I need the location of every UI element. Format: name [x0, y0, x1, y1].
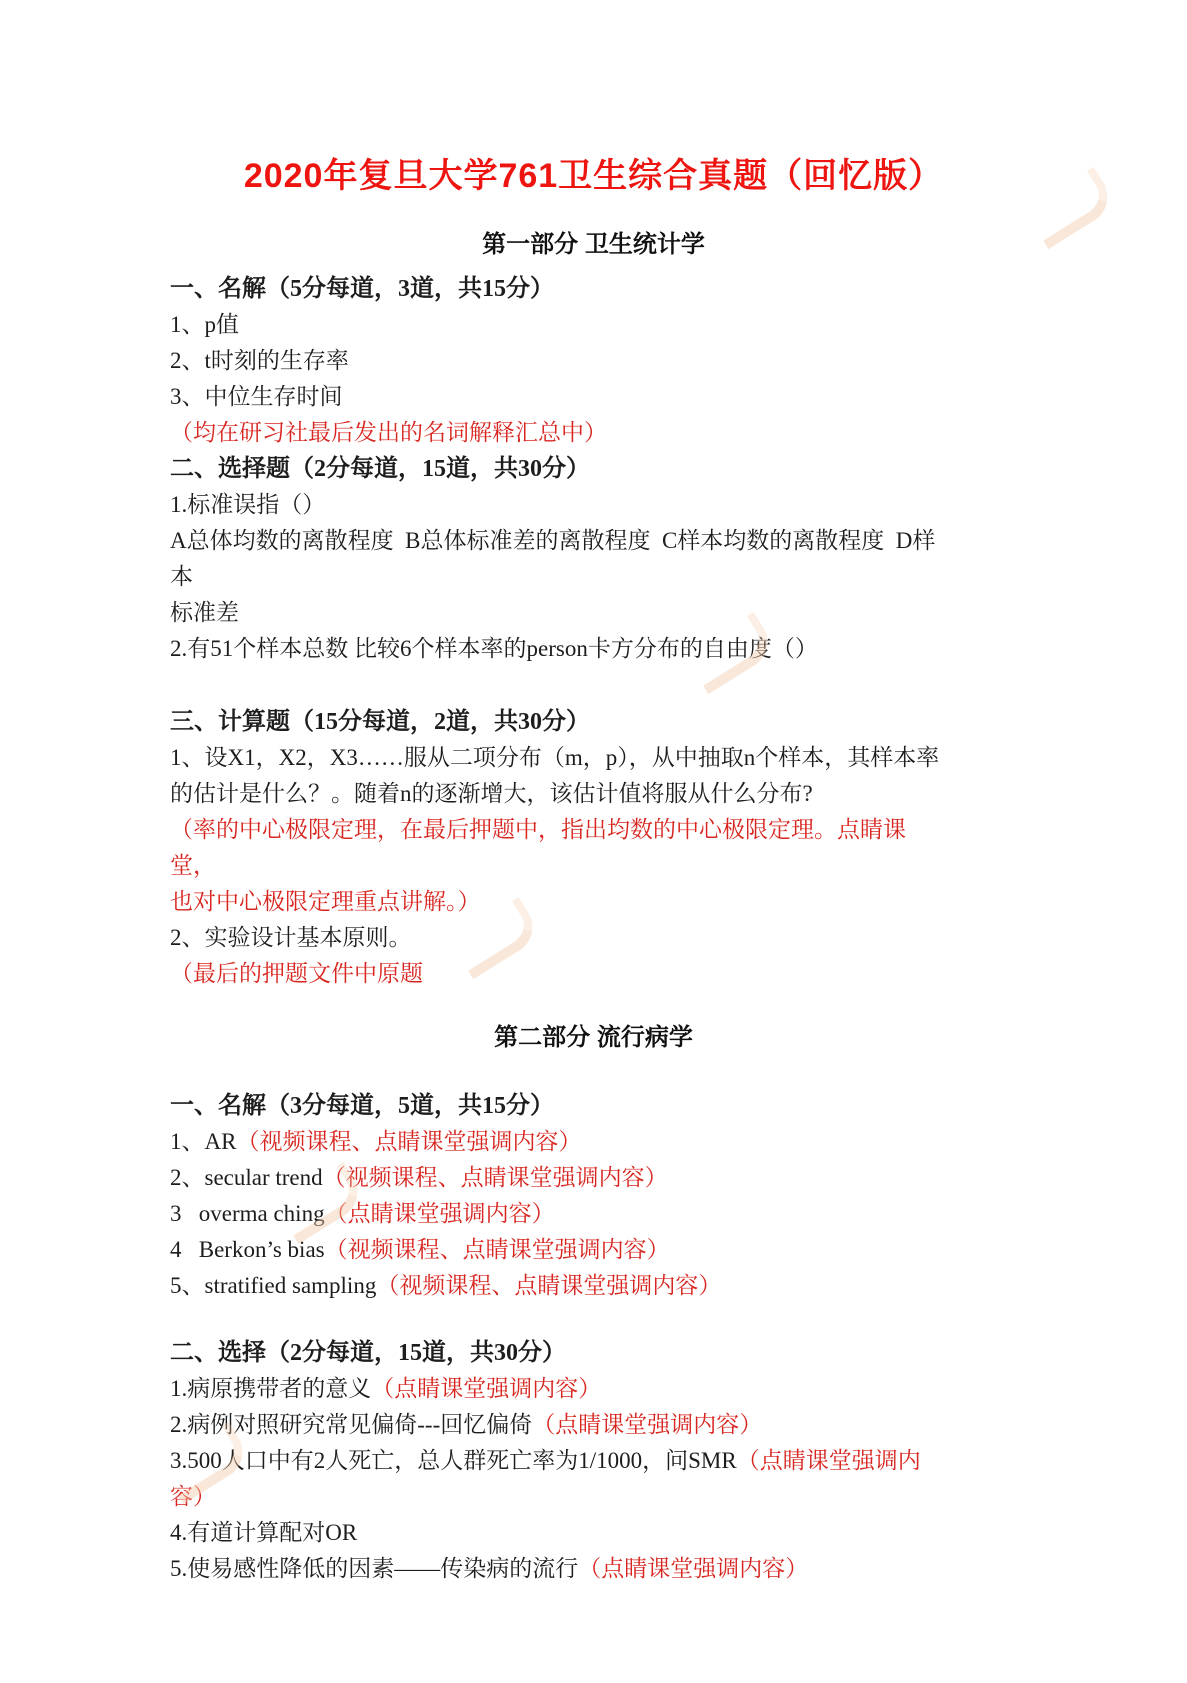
p2-sec1-term-4: 4 Berkon’s bias（视频课程、点睛课堂强调内容）	[170, 1232, 947, 1268]
term-text: 1、AR	[170, 1129, 236, 1154]
p2-sec2-question-5: 5.使易感性降低的因素——传染病的流行（点睛课堂强调内容）	[170, 1551, 947, 1587]
p1-sec3-q1-line1: 1、设X1，X2，X3……服从二项分布（m，p），从中抽取n个样本，其样本率	[170, 740, 947, 776]
question-annotation: （点睛课堂强调内容）	[532, 1412, 762, 1437]
p1-sec1-note: （均在研习社最后发出的名词解释汇总中）	[170, 415, 947, 451]
term-text: 4 Berkon’s bias	[170, 1237, 325, 1262]
p1-sec3-q1-note-line1: （率的中心极限定理，在最后押题中，指出均数的中心极限定理。点睛课堂，	[170, 812, 947, 884]
p1-sec1-term-1: 1、p值	[170, 307, 947, 343]
p2-sec2-question-3-cont: 容）	[170, 1479, 947, 1515]
p1-sec2-question-1: 1.标准误指（）	[170, 487, 947, 523]
p1-sec3-question-2: 2、实验设计基本原则。	[170, 920, 947, 956]
question-text: 2.病例对照研究常见偏倚---回忆偏倚	[170, 1412, 532, 1437]
p1-sec2-question-2: 2.有51个样本总数 比较6个样本率的person卡方分布的自由度（）	[170, 631, 947, 667]
term-text: 5、stratified sampling	[170, 1273, 376, 1298]
document-title: 2020年复旦大学761卫生综合真题（回忆版）	[0, 156, 1187, 196]
p2-sec2-heading: 二、选择（2分每道，15道，共30分）	[170, 1335, 947, 1371]
term-annotation: （视频课程、点睛课堂强调内容）	[323, 1165, 668, 1190]
p1-sec1-term-2: 2、t时刻的生存率	[170, 343, 947, 379]
p1-sec1-heading: 一、名解（5分每道，3道，共15分）	[170, 271, 947, 307]
p1-sec2-q1-options-cont: 标准差	[170, 595, 947, 631]
question-annotation: （点睛课堂强调内容）	[371, 1376, 601, 1401]
question-annotation: （点睛课堂强调内	[737, 1448, 921, 1473]
p2-sec2-question-3: 3.500人口中有2人死亡，总人群死亡率为1/1000，问SMR（点睛课堂强调内	[170, 1443, 947, 1479]
p2-sec1-term-5: 5、stratified sampling（视频课程、点睛课堂强调内容）	[170, 1268, 947, 1304]
term-text: 2、secular trend	[170, 1165, 323, 1190]
term-annotation: （视频课程、点睛课堂强调内容）	[236, 1129, 581, 1154]
p1-sec2-heading: 二、选择题（2分每道，15道，共30分）	[170, 451, 947, 487]
p2-sec1-term-2: 2、secular trend（视频课程、点睛课堂强调内容）	[170, 1160, 947, 1196]
p2-sec1-heading: 一、名解（3分每道，5道，共15分）	[170, 1088, 947, 1124]
part1-heading: 第一部分 卫生统计学	[0, 227, 1187, 263]
question-text: 3.500人口中有2人死亡，总人群死亡率为1/1000，问SMR	[170, 1448, 737, 1473]
term-annotation: （视频课程、点睛课堂强调内容）	[376, 1273, 721, 1298]
part2-heading: 第二部分 流行病学	[0, 1020, 1187, 1056]
p1-sec3-q2-note: （最后的押题文件中原题	[170, 956, 947, 992]
p1-sec3-heading: 三、计算题（15分每道，2道，共30分）	[170, 704, 947, 740]
p1-sec3-q1-line2: 的估计是什么？。随着n的逐渐增大，该估计值将服从什么分布?	[170, 776, 947, 812]
p1-sec2-q1-options: A总体均数的离散程度 B总体标准差的离散程度 C样本均数的离散程度 D样本	[170, 523, 947, 595]
question-annotation: （点睛课堂强调内容）	[578, 1556, 808, 1581]
question-text: 5.使易感性降低的因素——传染病的流行	[170, 1556, 578, 1581]
p2-sec1-term-1: 1、AR（视频课程、点睛课堂强调内容）	[170, 1124, 947, 1160]
p1-sec1-term-3: 3、中位生存时间	[170, 379, 947, 415]
p1-sec3-q1-note-line2: 也对中心极限定理重点讲解。）	[170, 884, 947, 920]
p2-sec2-question-4: 4.有道计算配对OR	[170, 1515, 947, 1551]
p2-sec1-term-3: 3 overma ching（点睛课堂强调内容）	[170, 1196, 947, 1232]
exam-document-page: 2020年复旦大学761卫生综合真题（回忆版） 第一部分 卫生统计学 一、名解（…	[0, 0, 1187, 1683]
term-annotation: （点睛课堂强调内容）	[325, 1201, 555, 1226]
p2-sec2-question-2: 2.病例对照研究常见偏倚---回忆偏倚（点睛课堂强调内容）	[170, 1407, 947, 1443]
term-annotation: （视频课程、点睛课堂强调内容）	[325, 1237, 670, 1262]
term-text: 3 overma ching	[170, 1201, 325, 1226]
p2-sec2-question-1: 1.病原携带者的意义（点睛课堂强调内容）	[170, 1371, 947, 1407]
question-text: 1.病原携带者的意义	[170, 1376, 371, 1401]
